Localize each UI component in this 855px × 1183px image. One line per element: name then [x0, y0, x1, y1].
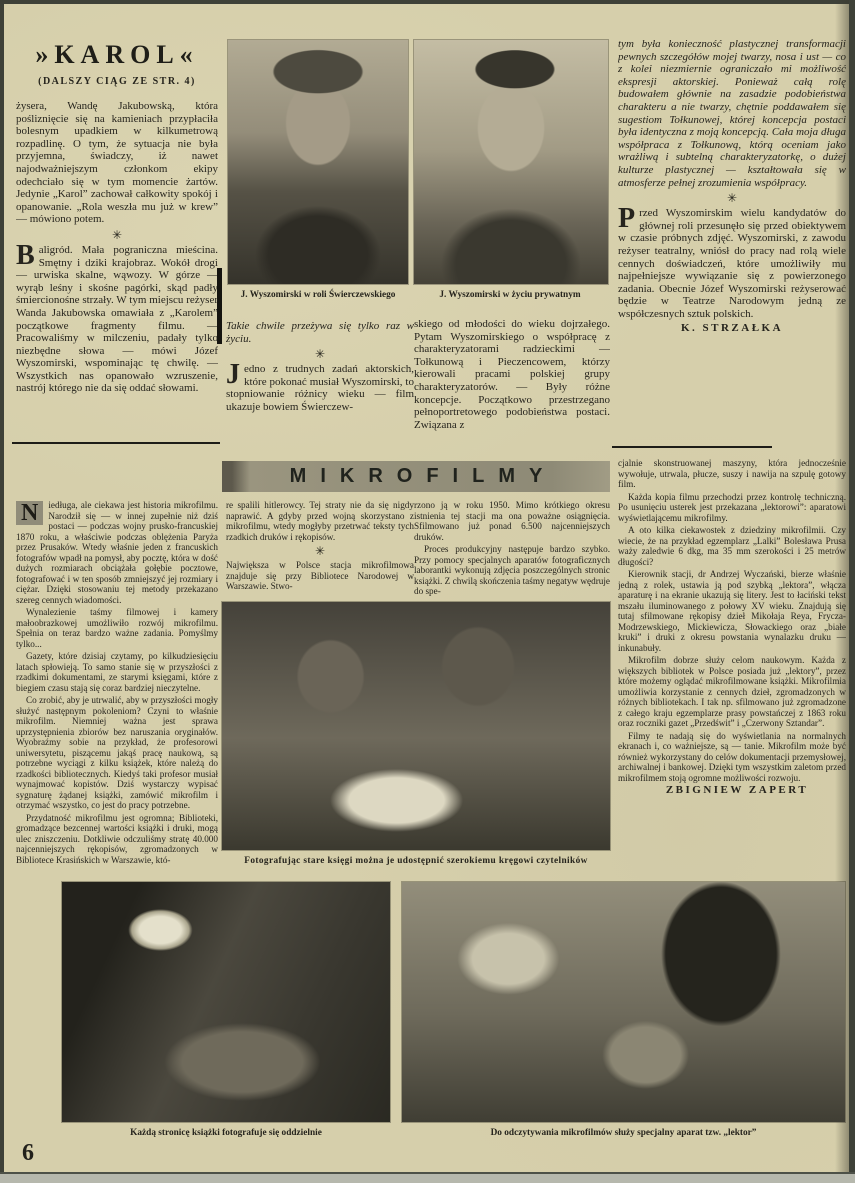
mikrofilmy-column-1: Niedługa, ale ciekawa jest historia mikr… — [16, 500, 218, 878]
mikro-col1-paragraph-1: Niedługa, ale ciekawa jest historia mikr… — [16, 500, 218, 605]
karol-col1-paragraph-1: żysera, Wandę Jakubowską, która poślizni… — [16, 100, 218, 226]
karol-column-3: skiego od młodości do wieku dojrzałego. … — [414, 318, 610, 452]
karol-col2-paragraph-1: Jedno z trudnych zadań aktorskich, które… — [226, 363, 414, 413]
photo1-caption: J. Wyszomirski w roli Świerczewskiego — [224, 290, 412, 301]
magazine-page: »KAROL« (DALSZY CIĄG ZE STR. 4) żysera, … — [0, 0, 855, 1183]
mikro-col1-paragraph-2: Wynalezienie taśmy filmowej i kamery mał… — [16, 607, 218, 649]
mikrofilmy-title: MIKROFILMY — [222, 461, 610, 492]
asterisk-ornament: ✳ — [16, 228, 218, 242]
scan-edge-top — [0, 0, 855, 4]
asterisk-ornament: ✳ — [226, 544, 414, 558]
mikro-col4-paragraph-5: Mikrofilm dobrze służy celom naukowym. K… — [618, 655, 846, 729]
mikro-col4-paragraph-1: cjalnie skonstruowanej maszyny, która je… — [618, 458, 846, 490]
mikrofilmy-column-4: cjalnie skonstruowanej maszyny, która je… — [618, 458, 846, 874]
mikro-col3-paragraph-2: Proces produkcyjny następuje bardzo szyb… — [414, 544, 610, 597]
karol-col1-paragraph-2: Baligród. Mała pograniczna mieścina. Smę… — [16, 244, 218, 395]
karol-col4-paragraph-2: Przed Wyszomirskim wielu kandydatów do g… — [618, 207, 846, 320]
mikro-col3-paragraph-1: rzono ją w roku 1950. Mimo krótkiego okr… — [414, 500, 610, 542]
mikrofilmy-banner: MIKROFILMY — [222, 461, 610, 492]
mikro-col1-paragraph-3: Gazety, które dzisiaj czytamy, po kilkud… — [16, 651, 218, 693]
karol-col4-paragraph-1: tym była konieczność plastycznej transfo… — [618, 38, 846, 189]
photo2-caption: J. Wyszomirski w życiu prywatnym — [410, 290, 610, 301]
karol-column-1: żysera, Wandę Jakubowską, która poślizni… — [16, 100, 218, 440]
mikro-col4-paragraph-4: Kierownik stacji, dr Andrzej Wyczański, … — [618, 569, 846, 653]
mikro-col4-paragraph-2: Każda kopia filmu przechodzi przez kontr… — [618, 492, 846, 524]
scan-edge-right — [849, 0, 855, 1183]
karol-column-2: Takie chwile przeżywa się tylko raz w ży… — [226, 320, 414, 448]
mikro-col2-paragraph-2: Największa w Polsce stacja mikrofilmowa … — [226, 560, 414, 592]
scan-edge-bottom — [0, 1172, 855, 1183]
photo-center-caption: Fotografując stare księgi można je udost… — [214, 856, 618, 867]
mikro-col2-paragraph-1: re spalili hitlerowcy. Tej straty nie da… — [226, 500, 414, 542]
photo-copy-stand-lamp — [62, 882, 390, 1122]
karol-col3-paragraph-1: skiego od młodości do wieku dojrzałego. … — [414, 318, 610, 431]
karol-quote: Takie chwile przeżywa się tylko raz w ży… — [226, 320, 414, 345]
photo-wyszomirski-private — [414, 40, 608, 284]
mikro-col4-paragraph-3: A oto kilka ciekawostek z dziedziny mikr… — [618, 525, 846, 567]
mikrofilmy-column-2: re spalili hitlerowcy. Tej straty nie da… — [226, 500, 414, 598]
asterisk-ornament: ✳ — [226, 347, 414, 361]
column-divider-bar — [217, 268, 222, 344]
dropcap-B: B — [16, 244, 39, 268]
photo-bottom-right-caption: Do odczytywania mikrofilmów służy specja… — [402, 1128, 845, 1139]
dropcap-J: J — [226, 363, 244, 387]
asterisk-ornament: ✳ — [618, 191, 846, 205]
scan-edge-left — [0, 0, 4, 1183]
photo-microfilm-reader — [402, 882, 845, 1122]
mikrofilmy-byline: ZBIGNIEW ZAPERT — [618, 785, 846, 796]
section-rule-left — [12, 442, 220, 444]
karol-header: »KAROL« (DALSZY CIĄG ZE STR. 4) — [16, 40, 218, 87]
karol-byline: K. STRZAŁKA — [618, 322, 846, 335]
photo-bottom-left-caption: Każdą stronicę książki fotografuje się o… — [62, 1128, 390, 1139]
karol-title: »KAROL« — [16, 40, 218, 70]
section-rule-right — [612, 446, 772, 448]
karol-column-4: tym była konieczność plastycznej transfo… — [618, 38, 846, 446]
mikro-col4-paragraph-6: Filmy te nadają się do wyświetlania na n… — [618, 731, 846, 784]
dropcap-P: P — [618, 207, 639, 231]
page-number: 6 — [22, 1140, 34, 1167]
dropcap-N: N — [16, 501, 43, 525]
photo-wyszomirski-in-role — [228, 40, 408, 284]
photo-reading-old-books — [222, 602, 610, 850]
mikro-col1-paragraph-4: Co zrobić, aby je utrwalić, aby w przysz… — [16, 695, 218, 811]
karol-continued-note: (DALSZY CIĄG ZE STR. 4) — [16, 76, 218, 87]
mikrofilmy-column-3: rzono ją w roku 1950. Mimo krótkiego okr… — [414, 500, 610, 598]
mikro-col1-paragraph-5: Przydatność mikrofilmu jest ogromna; Bib… — [16, 813, 218, 866]
